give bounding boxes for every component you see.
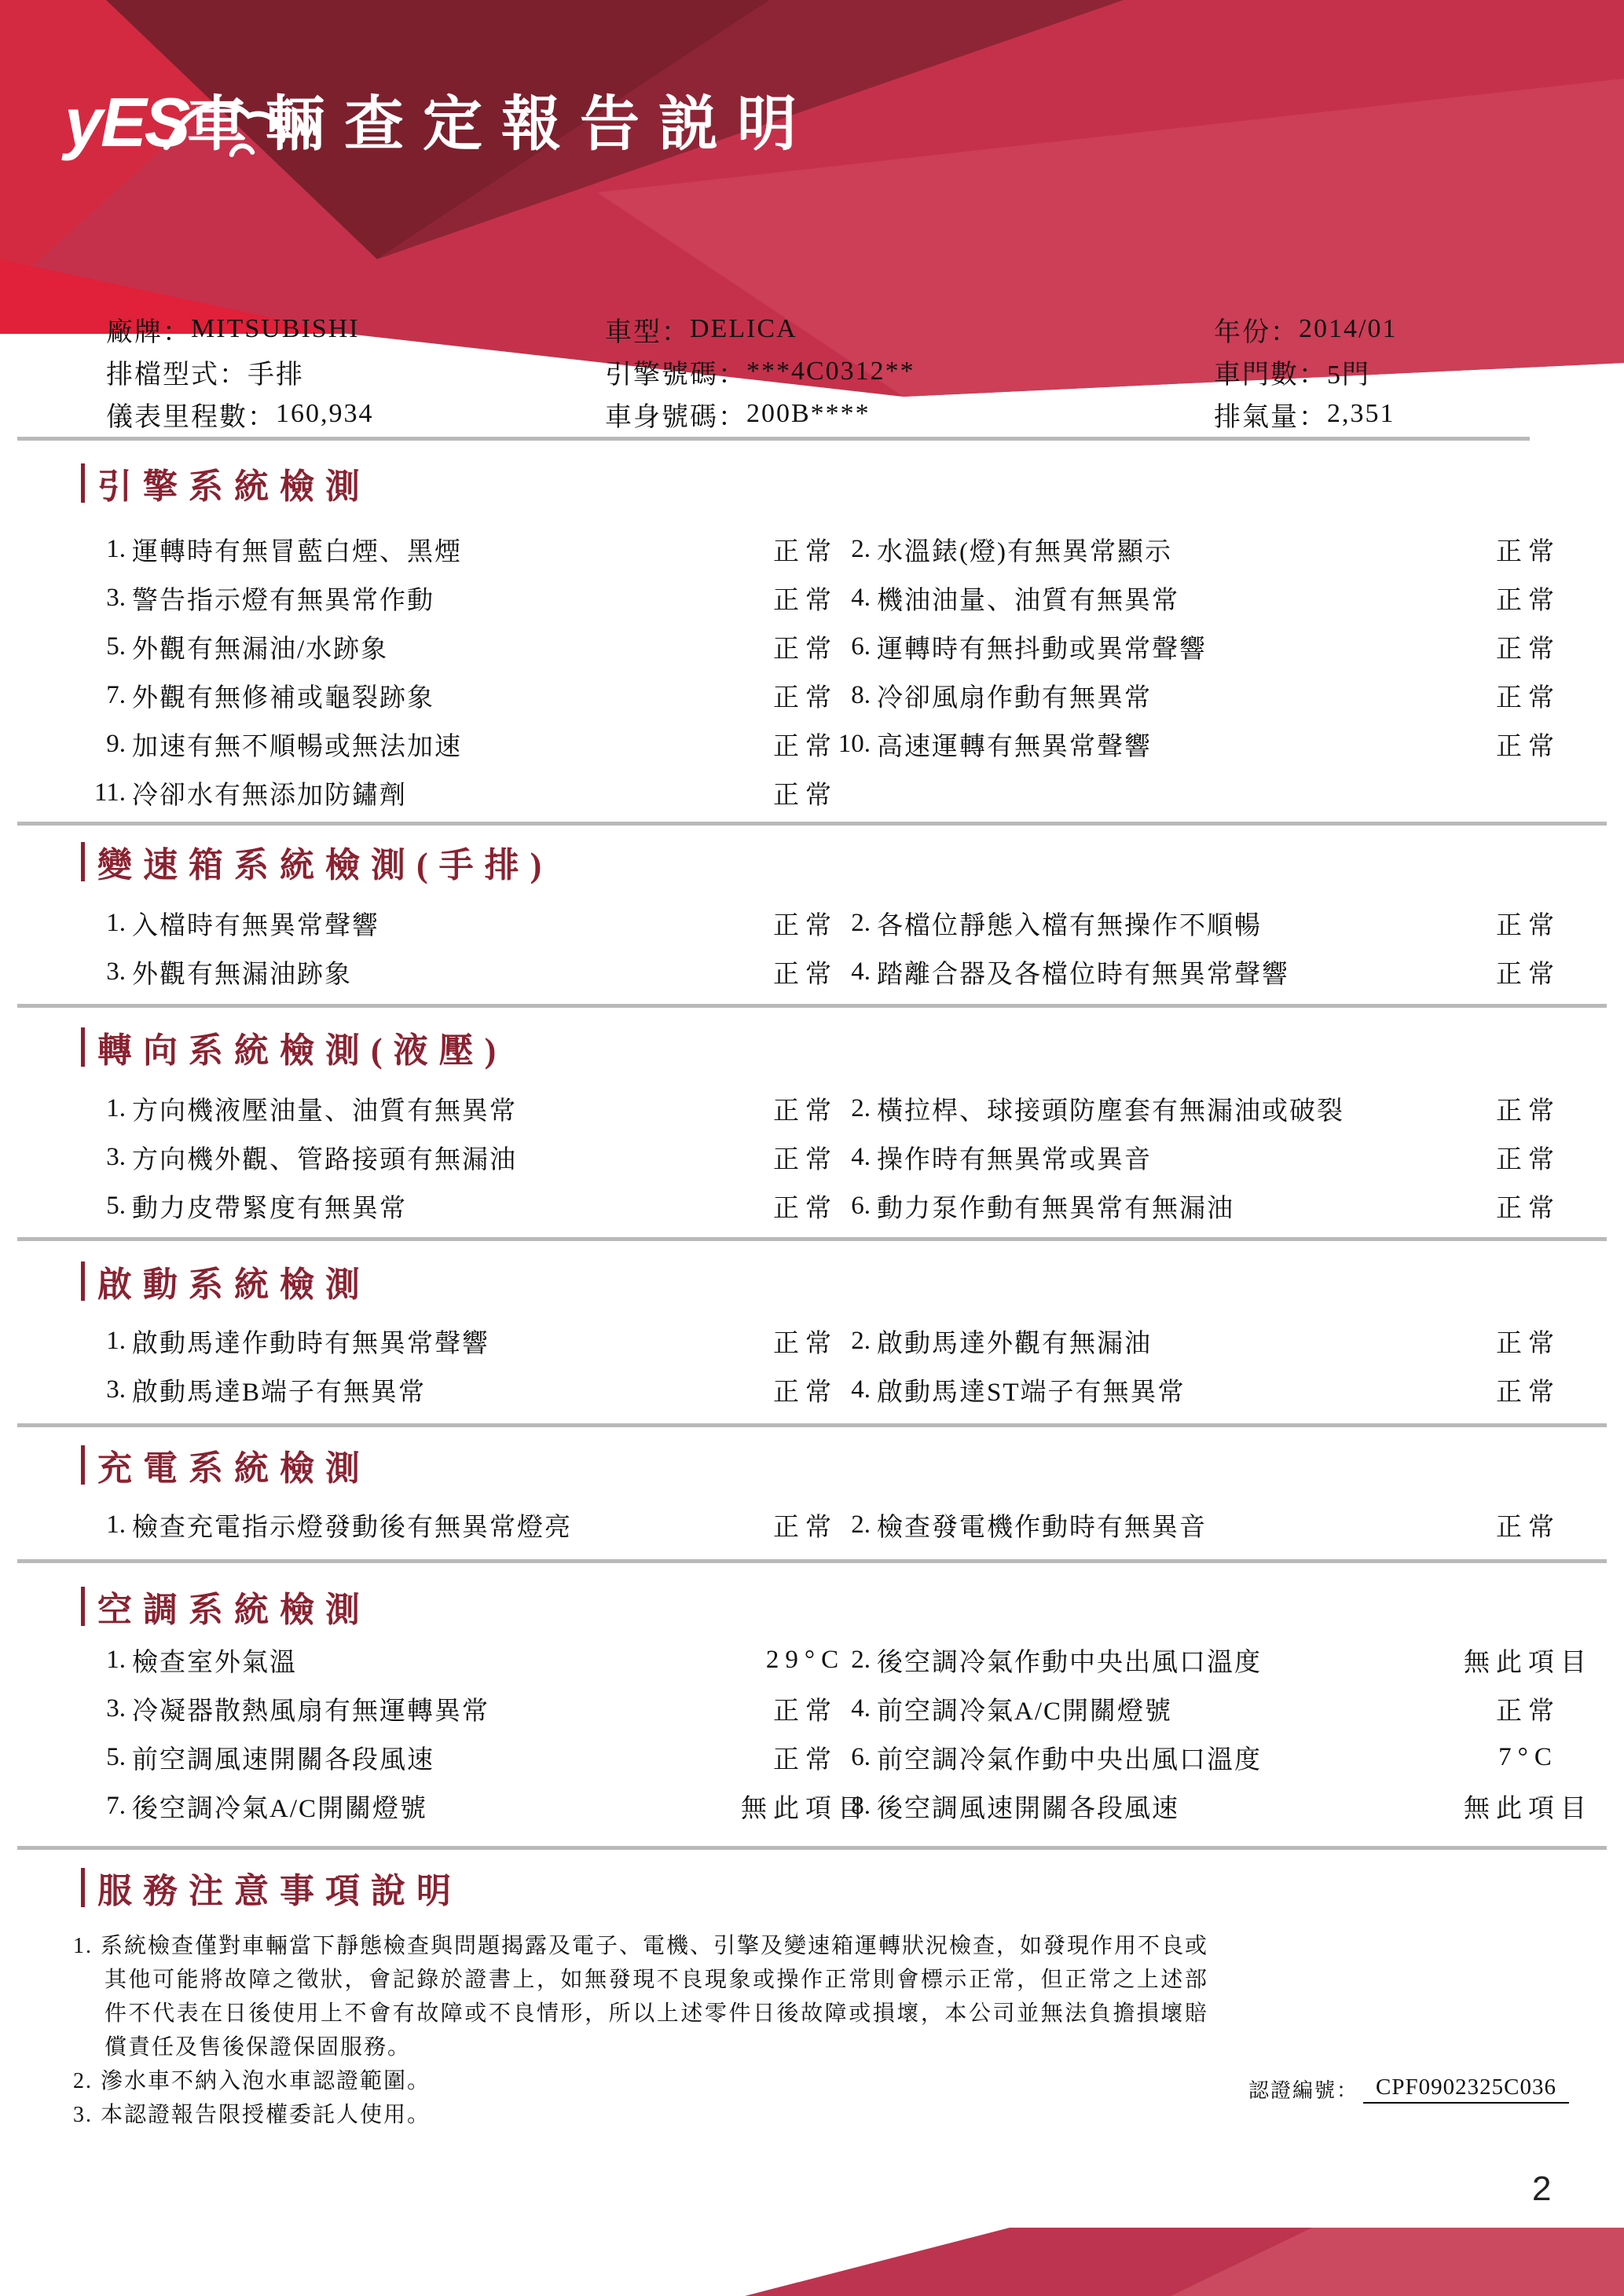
vehicle-info-field: 廠牌：MITSUBISHI (106, 308, 374, 350)
check-item-label: 水溫錶(燈)有無異常顯示 (877, 531, 1438, 568)
check-item-status: 正常 (1438, 580, 1619, 617)
check-item-label: 冷卻水有無添加防鏽劑 (132, 774, 715, 811)
footer-banner-art (0, 2221, 1624, 2296)
check-item: 3.警告指示燈有無異常作動正常 (82, 573, 896, 622)
check-item: 3.冷凝器散熱風扇有無運轉異常正常 (82, 1684, 896, 1733)
section-bar (81, 1868, 85, 1907)
service-note: 2.滲水車不納入泡水車認證範圍。 (73, 2064, 1208, 2098)
check-item-number: 4. (825, 1143, 871, 1172)
check-item-number: 5. (82, 632, 126, 661)
check-item-number: 2. (825, 1327, 871, 1356)
check-column-right: 2.後空調冷氣作動中央出風口溫度無此項目4.前空調冷氣A/C開關燈號正常6.前空… (825, 1635, 1619, 1830)
check-column-right: 2.橫拉桿、球接頭防塵套有無漏油或破裂正常4.操作時有無異常或異音正常6.動力泵… (825, 1084, 1619, 1230)
check-item: 7.外觀有無修補或龜裂跡象正常 (82, 671, 896, 720)
field-label: 車型： (605, 310, 690, 349)
check-item-label: 後空調風速開關各段風速 (877, 1788, 1438, 1825)
check-item: 3.方向機外觀、管路接頭有無漏油正常 (82, 1133, 896, 1181)
check-item: 7.後空調冷氣A/C開關燈號無此項目 (82, 1782, 896, 1830)
section-bar (81, 1445, 85, 1485)
vehicle-info-field: 排檔型式：手排 (106, 350, 374, 393)
check-item-label: 後空調冷氣A/C開關燈號 (132, 1788, 715, 1825)
check-item: 1.運轉時有無冒藍白煙、黑煙正常 (82, 525, 896, 573)
check-item: 2.啟動馬達外觀有無漏油正常 (825, 1316, 1619, 1365)
check-item-number: 5. (82, 1743, 126, 1772)
certificate-label: 認證編號： (1248, 2074, 1358, 2104)
check-item-number: 5. (82, 1192, 126, 1221)
check-item-label: 高速運轉有無異常聲響 (877, 726, 1438, 763)
check-item: 5.前空調風速開關各段風速正常 (82, 1733, 896, 1782)
check-item-label: 警告指示燈有無異常作動 (132, 580, 715, 617)
vehicle-info-field: 排氣量：2,351 (1214, 393, 1397, 435)
check-item: 2.橫拉桿、球接頭防塵套有無漏油或破裂正常 (825, 1084, 1619, 1133)
check-item-number: 3. (82, 958, 126, 987)
check-item-label: 檢查室外氣溫 (132, 1642, 715, 1679)
check-item-status: 無此項目 (1438, 1788, 1619, 1825)
check-item: 8.後空調風速開關各段風速無此項目 (825, 1782, 1619, 1830)
check-item: 2.各檔位靜態入檔有無操作不順暢正常 (825, 899, 1619, 947)
check-item: 5.動力皮帶緊度有無異常正常 (82, 1181, 896, 1230)
check-column-left: 1.啟動馬達作動時有無異常聲響正常3.啟動馬達B端子有無異常正常 (82, 1316, 896, 1414)
check-item-number: 1. (82, 1327, 126, 1356)
vehicle-info-field: 車門數：5門 (1214, 350, 1397, 393)
check-item: 4.踏離合器及各檔位時有無異常聲響正常 (825, 947, 1619, 996)
check-item-status: 正常 (1438, 1188, 1619, 1225)
check-item-status: 正常 (1438, 905, 1619, 942)
check-item-label: 加速有無不順暢或無法加速 (132, 726, 715, 763)
check-item-number: 8. (825, 681, 871, 710)
check-item-number: 3. (82, 584, 126, 613)
check-item-status: 正常 (1438, 1323, 1619, 1360)
check-item-number: 11. (82, 778, 126, 807)
section-title-service-notes: 服務注意事項說明 (81, 1866, 462, 1910)
check-item-label: 操作時有無異常或異音 (877, 1139, 1438, 1176)
check-item-label: 機油油量、油質有無異常 (877, 580, 1438, 617)
field-label: 車身號碼： (605, 395, 746, 434)
check-item: 4.啟動馬達ST端子有無異常正常 (825, 1365, 1619, 1414)
check-item-status: 正常 (1438, 1690, 1619, 1727)
check-item: 10.高速運轉有無異常聲響正常 (825, 720, 1619, 768)
check-item-label: 前空調冷氣作動中央出風口溫度 (877, 1739, 1438, 1776)
check-item-label: 外觀有無漏油跡象 (132, 954, 715, 991)
check-item-status: 正常 (1438, 1090, 1619, 1127)
divider (17, 822, 1607, 826)
divider (17, 1559, 1607, 1563)
section-bar (81, 463, 85, 503)
check-item: 1.檢查充電指示燈發動後有無異常燈亮正常 (82, 1500, 896, 1549)
check-item: 3.外觀有無漏油跡象正常 (82, 947, 896, 996)
section-title-aircon: 空調系統檢測 (81, 1584, 371, 1628)
section-bar (81, 842, 85, 881)
check-item-label: 檢查充電指示燈發動後有無異常燈亮 (132, 1507, 715, 1543)
check-item-number: 7. (82, 681, 126, 710)
divider (17, 1423, 1607, 1427)
check-column-right: 2.水溫錶(燈)有無異常顯示正常4.機油油量、油質有無異常正常6.運轉時有無抖動… (825, 525, 1619, 768)
check-item-label: 踏離合器及各檔位時有無異常聲響 (877, 954, 1438, 991)
check-item-number: 7. (82, 1792, 126, 1821)
check-item-number: 2. (825, 1511, 871, 1540)
field-label: 年份： (1214, 310, 1299, 349)
section-title-engine: 引擎系統檢測 (81, 461, 371, 505)
check-item-number: 1. (82, 1646, 126, 1675)
service-note: 1.系統檢查僅對車輛當下靜態檢查與問題揭露及電子、電機、引擎及變速箱運轉狀況檢查… (73, 1929, 1208, 2064)
check-column-left: 1.檢查充電指示燈發動後有無異常燈亮正常 (82, 1500, 896, 1549)
check-item: 1.方向機液壓油量、油質有無異常正常 (82, 1084, 896, 1133)
check-item: 1.啟動馬達作動時有無異常聲響正常 (82, 1316, 896, 1365)
field-label: 引擎號碼： (605, 353, 746, 391)
page-title: 車輛查定報告説明 (187, 94, 816, 157)
check-item-status: 正常 (715, 774, 896, 811)
vehicle-info-field: 車身號碼：200B**** (605, 393, 915, 435)
check-item-status: 無此項目 (1438, 1642, 1619, 1679)
check-item-number: 3. (82, 1375, 126, 1404)
field-value: 手排 (247, 353, 304, 391)
check-item-label: 檢查發電機作動時有無異音 (877, 1507, 1438, 1543)
check-item-label: 啟動馬達B端子有無異常 (132, 1371, 715, 1408)
check-item: 2.水溫錶(燈)有無異常顯示正常 (825, 525, 1619, 573)
service-notes: 1.系統檢查僅對車輛當下靜態檢查與問題揭露及電子、電機、引擎及變速箱運轉狀況檢查… (73, 1929, 1208, 2132)
field-label: 排氣量： (1214, 395, 1327, 434)
check-item: 6.運轉時有無抖動或異常聲響正常 (825, 622, 1619, 671)
vehicle-info-field: 引擎號碼：***4C0312** (605, 350, 915, 393)
check-item-status: 正常 (1438, 954, 1619, 991)
check-item-label: 動力泵作動有無異常有無漏油 (877, 1188, 1438, 1225)
check-item-status: 正常 (1438, 628, 1619, 665)
field-value: 2014/01 (1299, 314, 1397, 344)
check-item-number: 10. (825, 730, 871, 759)
check-item-status: 正常 (1438, 677, 1619, 714)
field-value: 2,351 (1327, 399, 1395, 429)
check-item: 3.啟動馬達B端子有無異常正常 (82, 1365, 896, 1414)
check-item-number: 3. (82, 1143, 126, 1172)
field-label: 廠牌： (106, 310, 191, 349)
section-title-charging: 充電系統檢測 (81, 1443, 371, 1487)
check-item-number: 2. (825, 535, 871, 564)
section-title-transmission: 變速箱系統檢測(手排) (81, 840, 552, 884)
check-item-number: 4. (825, 1694, 871, 1723)
check-item-number: 6. (825, 1743, 871, 1772)
check-item-label: 動力皮帶緊度有無異常 (132, 1188, 715, 1225)
check-column-right: 2.檢查發電機作動時有無異音正常 (825, 1500, 1619, 1549)
check-item: 1.入檔時有無異常聲響正常 (82, 899, 896, 947)
check-item: 6.動力泵作動有無異常有無漏油正常 (825, 1181, 1619, 1230)
check-item: 1.檢查室外氣溫29°C (82, 1635, 896, 1684)
check-item-label: 各檔位靜態入檔有無操作不順暢 (877, 905, 1438, 942)
check-item-label: 冷卻風扇作動有無異常 (877, 677, 1438, 714)
page-number: 2 (1532, 2170, 1551, 2209)
check-item-number: 3. (82, 1694, 126, 1723)
check-item: 4.操作時有無異常或異音正常 (825, 1133, 1619, 1181)
check-item-number: 6. (825, 632, 871, 661)
section-title-steering: 轉向系統檢測(液壓) (81, 1025, 507, 1069)
field-label: 儀表里程數： (106, 395, 276, 434)
report-page: yES 車輛查定報告説明 廠牌：MITSUBISHI 排檔型式：手排 儀表里程數… (0, 0, 1624, 2296)
check-item-number: 2. (825, 1094, 871, 1123)
check-item-status: 正常 (1438, 1371, 1619, 1408)
check-column-left: 1.入檔時有無異常聲響正常3.外觀有無漏油跡象正常 (82, 899, 896, 996)
check-item: 2.後空調冷氣作動中央出風口溫度無此項目 (825, 1635, 1619, 1684)
check-item: 5.外觀有無漏油/水跡象正常 (82, 622, 896, 671)
check-item-number: 4. (825, 584, 871, 613)
check-item-label: 啟動馬達外觀有無漏油 (877, 1323, 1438, 1360)
check-item: 9.加速有無不順暢或無法加速正常 (82, 720, 896, 768)
vehicle-info-col-3: 年份：2014/01 車門數：5門 排氣量：2,351 (1214, 308, 1397, 435)
check-column-left: 1.運轉時有無冒藍白煙、黑煙正常3.警告指示燈有無異常作動正常5.外觀有無漏油/… (82, 525, 896, 817)
check-item-number: 6. (825, 1192, 871, 1221)
field-value: DELICA (690, 314, 797, 344)
vehicle-info-field: 儀表里程數：160,934 (106, 393, 374, 435)
check-column-left: 1.方向機液壓油量、油質有無異常正常3.方向機外觀、管路接頭有無漏油正常5.動力… (82, 1084, 896, 1230)
check-item-label: 啟動馬達ST端子有無異常 (877, 1371, 1438, 1408)
check-item-number: 8. (825, 1792, 871, 1821)
check-item-status: 正常 (1438, 531, 1619, 568)
yes-logo-text: yES (64, 88, 188, 157)
divider (17, 437, 1530, 441)
check-item-label: 冷凝器散熱風扇有無運轉異常 (132, 1690, 715, 1727)
vehicle-info-col-1: 廠牌：MITSUBISHI 排檔型式：手排 儀表里程數：160,934 (106, 308, 374, 435)
field-label: 排檔型式： (106, 353, 247, 391)
check-column-left: 1.檢查室外氣溫29°C3.冷凝器散熱風扇有無運轉異常正常5.前空調風速開關各段… (82, 1635, 896, 1830)
check-item: 8.冷卻風扇作動有無異常正常 (825, 671, 1619, 720)
check-item-label: 前空調冷氣A/C開關燈號 (877, 1690, 1438, 1727)
section-bar (81, 1587, 85, 1626)
certificate-number: 認證編號： CPF0902325C036 (1248, 2074, 1569, 2104)
field-value: ***4C0312** (746, 357, 915, 386)
check-item: 4.前空調冷氣A/C開關燈號正常 (825, 1684, 1619, 1733)
vehicle-info-field: 年份：2014/01 (1214, 308, 1397, 350)
certificate-value: CPF0902325C036 (1363, 2074, 1569, 2104)
check-item-number: 1. (82, 1511, 126, 1540)
check-item-number: 1. (82, 909, 126, 938)
field-label: 車門數： (1214, 353, 1327, 391)
check-item-label: 運轉時有無冒藍白煙、黑煙 (132, 531, 715, 568)
check-item: 4.機油油量、油質有無異常正常 (825, 573, 1619, 622)
check-item-label: 方向機液壓油量、油質有無異常 (132, 1090, 715, 1127)
check-item-label: 橫拉桿、球接頭防塵套有無漏油或破裂 (877, 1090, 1438, 1127)
check-column-right: 2.各檔位靜態入檔有無操作不順暢正常4.踏離合器及各檔位時有無異常聲響正常 (825, 899, 1619, 996)
check-item-status: 7°C (1438, 1743, 1619, 1772)
section-bar (81, 1027, 85, 1067)
check-item-status: 正常 (1438, 1139, 1619, 1176)
check-item-number: 1. (82, 1094, 126, 1123)
field-value: MITSUBISHI (191, 314, 360, 344)
check-item-number: 4. (825, 1375, 871, 1404)
check-item: 2.檢查發電機作動時有無異音正常 (825, 1500, 1619, 1549)
check-item-status: 正常 (1438, 726, 1619, 763)
field-value: 160,934 (276, 399, 374, 429)
vehicle-info-field: 車型：DELICA (605, 308, 915, 350)
check-item-label: 方向機外觀、管路接頭有無漏油 (132, 1139, 715, 1176)
section-bar (81, 1262, 85, 1301)
check-item-label: 啟動馬達作動時有無異常聲響 (132, 1323, 715, 1360)
field-value: 5門 (1327, 353, 1370, 391)
check-item-number: 2. (825, 909, 871, 938)
check-item-label: 後空調冷氣作動中央出風口溫度 (877, 1642, 1438, 1679)
divider (17, 1846, 1607, 1850)
section-title-starter: 啟動系統檢測 (81, 1259, 371, 1303)
check-item-number: 9. (82, 730, 126, 759)
check-item: 11.冷卻水有無添加防鏽劑正常 (82, 768, 896, 817)
check-item: 6.前空調冷氣作動中央出風口溫度7°C (825, 1733, 1619, 1782)
service-note: 3.本認證報告限授權委託人使用。 (73, 2098, 1208, 2132)
field-value: 200B**** (746, 399, 871, 429)
check-item-number: 4. (825, 958, 871, 987)
check-item-label: 入檔時有無異常聲響 (132, 905, 715, 942)
check-item-label: 前空調風速開關各段風速 (132, 1739, 715, 1776)
check-item-label: 外觀有無修補或龜裂跡象 (132, 677, 715, 714)
check-column-right: 2.啟動馬達外觀有無漏油正常4.啟動馬達ST端子有無異常正常 (825, 1316, 1619, 1414)
check-item-number: 1. (82, 535, 126, 564)
vehicle-info-col-2: 車型：DELICA 引擎號碼：***4C0312** 車身號碼：200B**** (605, 308, 915, 435)
check-item-status: 正常 (1438, 1507, 1619, 1543)
check-item-number: 2. (825, 1646, 871, 1675)
divider (17, 1237, 1607, 1241)
check-item-label: 外觀有無漏油/水跡象 (132, 628, 715, 665)
divider (17, 1004, 1607, 1008)
check-item-label: 運轉時有無抖動或異常聲響 (877, 628, 1438, 665)
